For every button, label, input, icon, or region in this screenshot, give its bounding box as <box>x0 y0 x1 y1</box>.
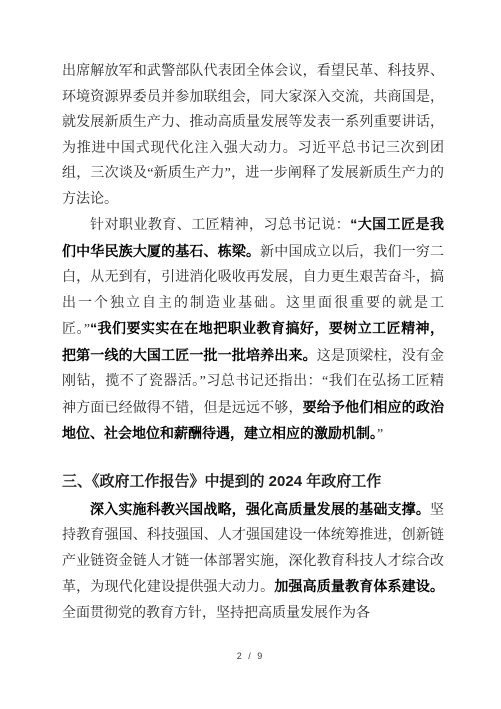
text-run: 深入实施科教兴国战略，强化高质量发展的基础支撑。 <box>90 501 430 517</box>
text-run: 全面贯彻党的教育方针，坚持把高质量发展作为各 <box>62 606 370 621</box>
paragraph-1: 出席解放军和武警部队代表团全体会议，看望民革、科技界、环境资源界委员并参加联组会… <box>62 59 444 212</box>
document-page: 出席解放军和武警部队代表团全体会议，看望民革、科技界、环境资源界委员并参加联组会… <box>0 0 501 709</box>
page-number: 2 / 9 <box>0 651 501 661</box>
text-run: 加强高质量教育体系建设。 <box>274 578 444 594</box>
text-body: 出席解放军和武警部队代表团全体会议，看望民革、科技界、环境资源界委员并参加联组会… <box>62 59 444 626</box>
text-run: ” <box>377 427 383 442</box>
paragraph-3: 深入实施科教兴国战略，强化高质量发展的基础支撑。坚持教育强国、科技强国、人才强国… <box>62 497 444 627</box>
text-run: 出席解放军和武警部队代表团全体会议，看望民革、科技界、环境资源界委员并参加联组会… <box>62 64 444 207</box>
section-heading: 三、《政府工作报告》中提到的 2024 年政府工作 <box>62 469 444 495</box>
text-run: 三、《政府工作报告》中提到的 2024 年政府工作 <box>62 473 381 490</box>
paragraph-2: 针对职业教育、工匠精神，习总书记说：“大国工匠是我们中华民族大厦的基石、栋梁。新… <box>62 212 444 448</box>
text-run: 针对职业教育、工匠精神，习总书记说： <box>90 218 350 233</box>
